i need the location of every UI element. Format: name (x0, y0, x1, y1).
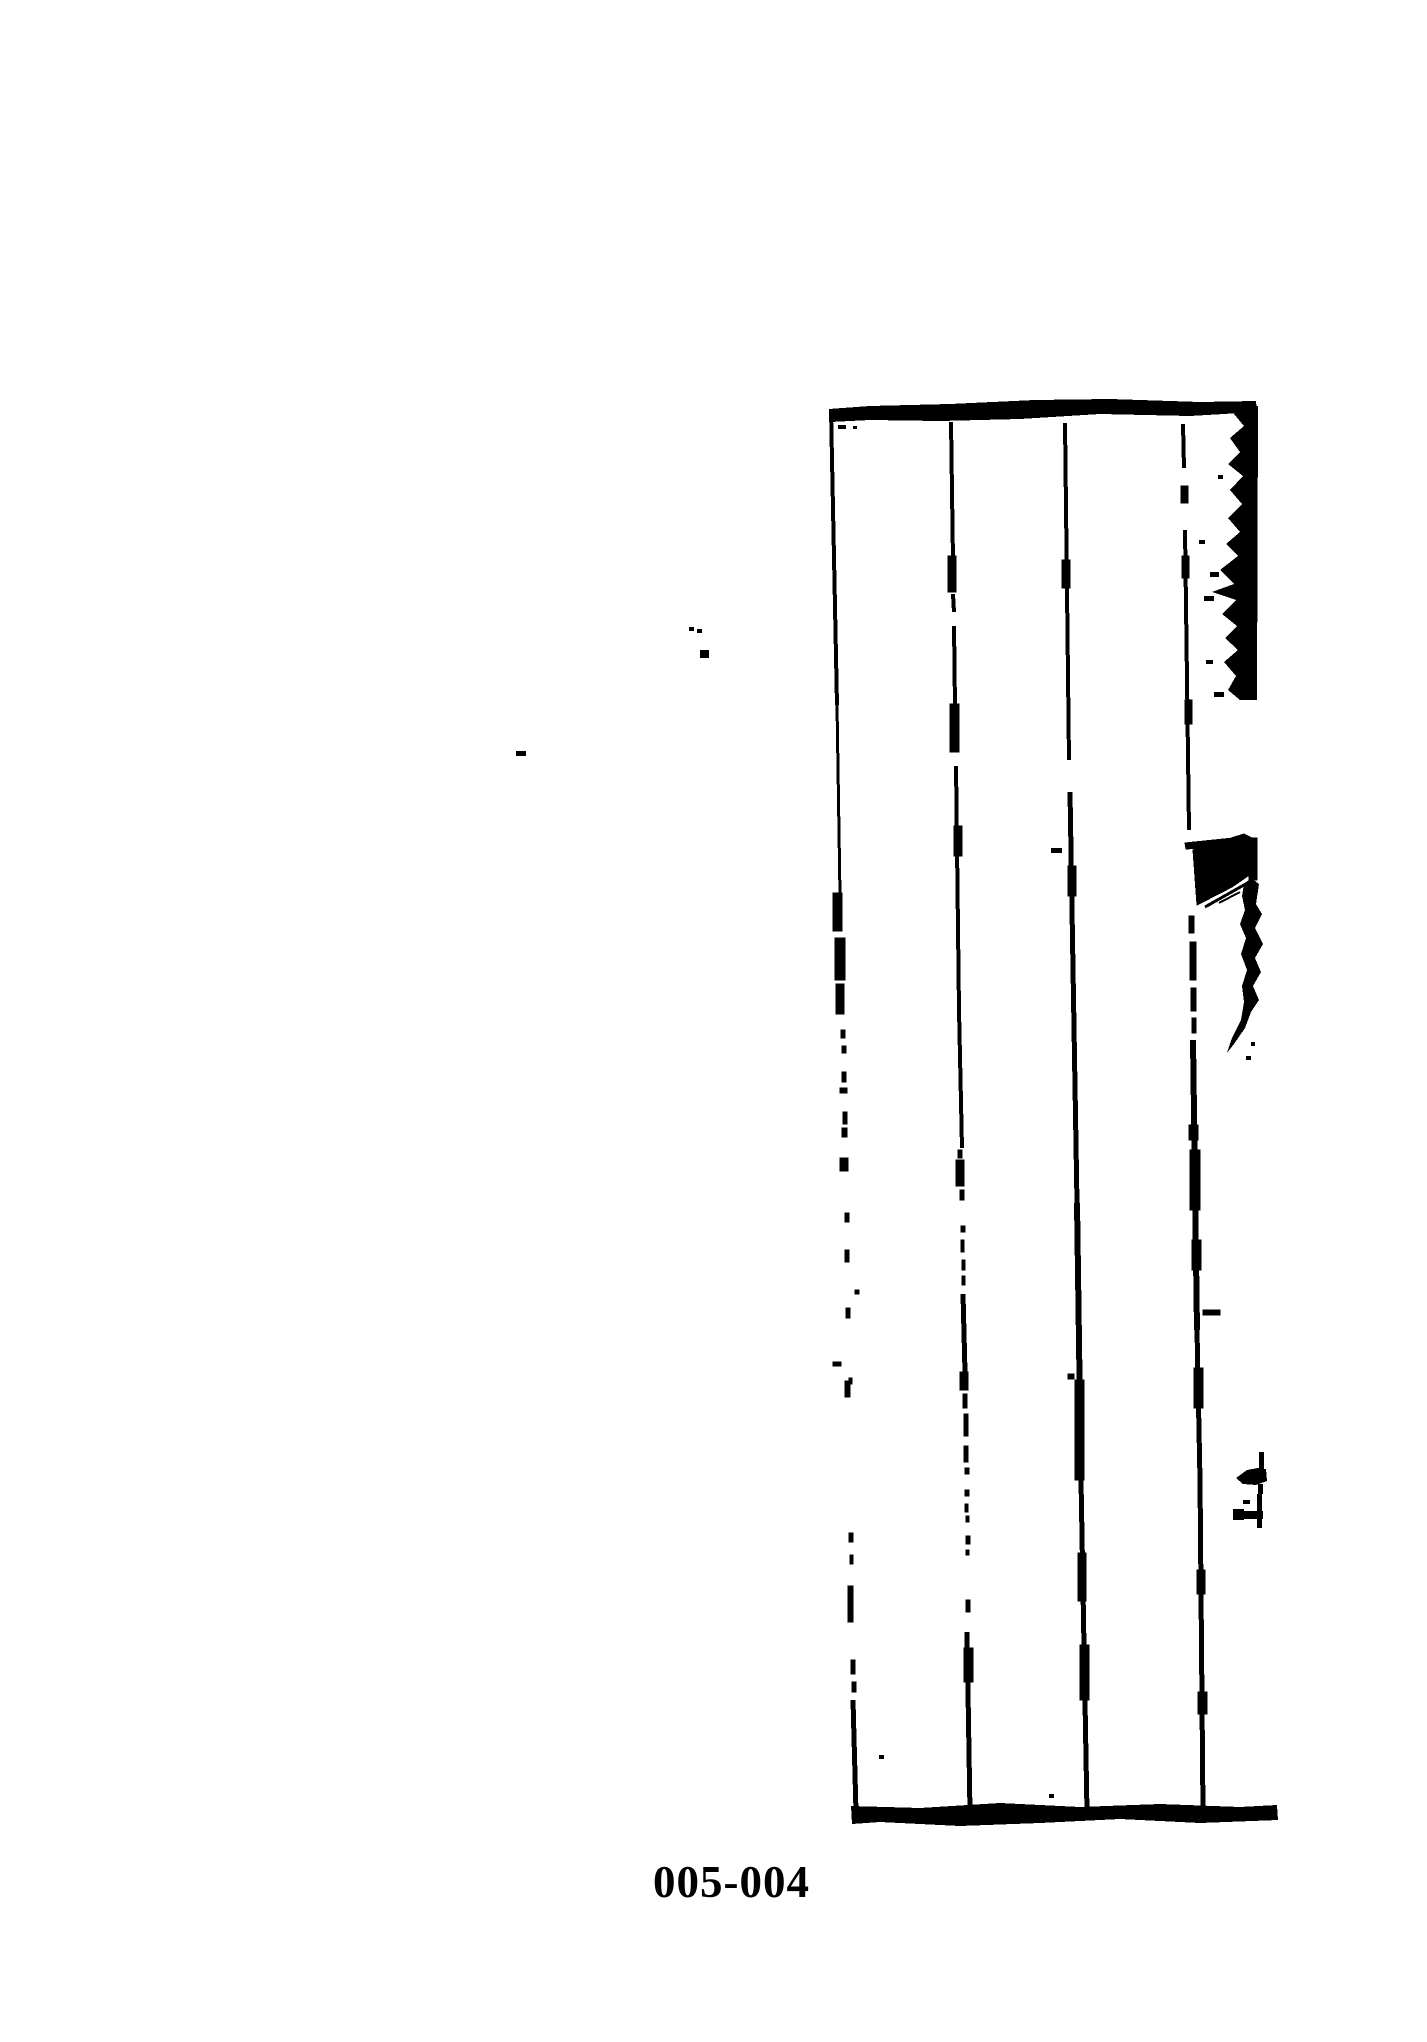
figure-top-border (829, 399, 1257, 422)
door-panel-line-1 (948, 422, 973, 1812)
door-right-edge-texture (1199, 406, 1258, 700)
door-right-squiggle (1227, 878, 1263, 1060)
scanned-document-page: 005-004 (0, 0, 1427, 2042)
figure-bottom-border (851, 1803, 1278, 1826)
figure-number-caption: 005-004 (653, 1856, 810, 1908)
door-panel-line-2 (1062, 423, 1089, 1812)
door-scan-figure (0, 0, 1427, 2042)
door-panel-line-3 (1181, 424, 1220, 1812)
door-left-edge (831, 410, 859, 1812)
scan-noise-specks (516, 425, 1062, 1798)
arrow-marks (1233, 1452, 1267, 1528)
